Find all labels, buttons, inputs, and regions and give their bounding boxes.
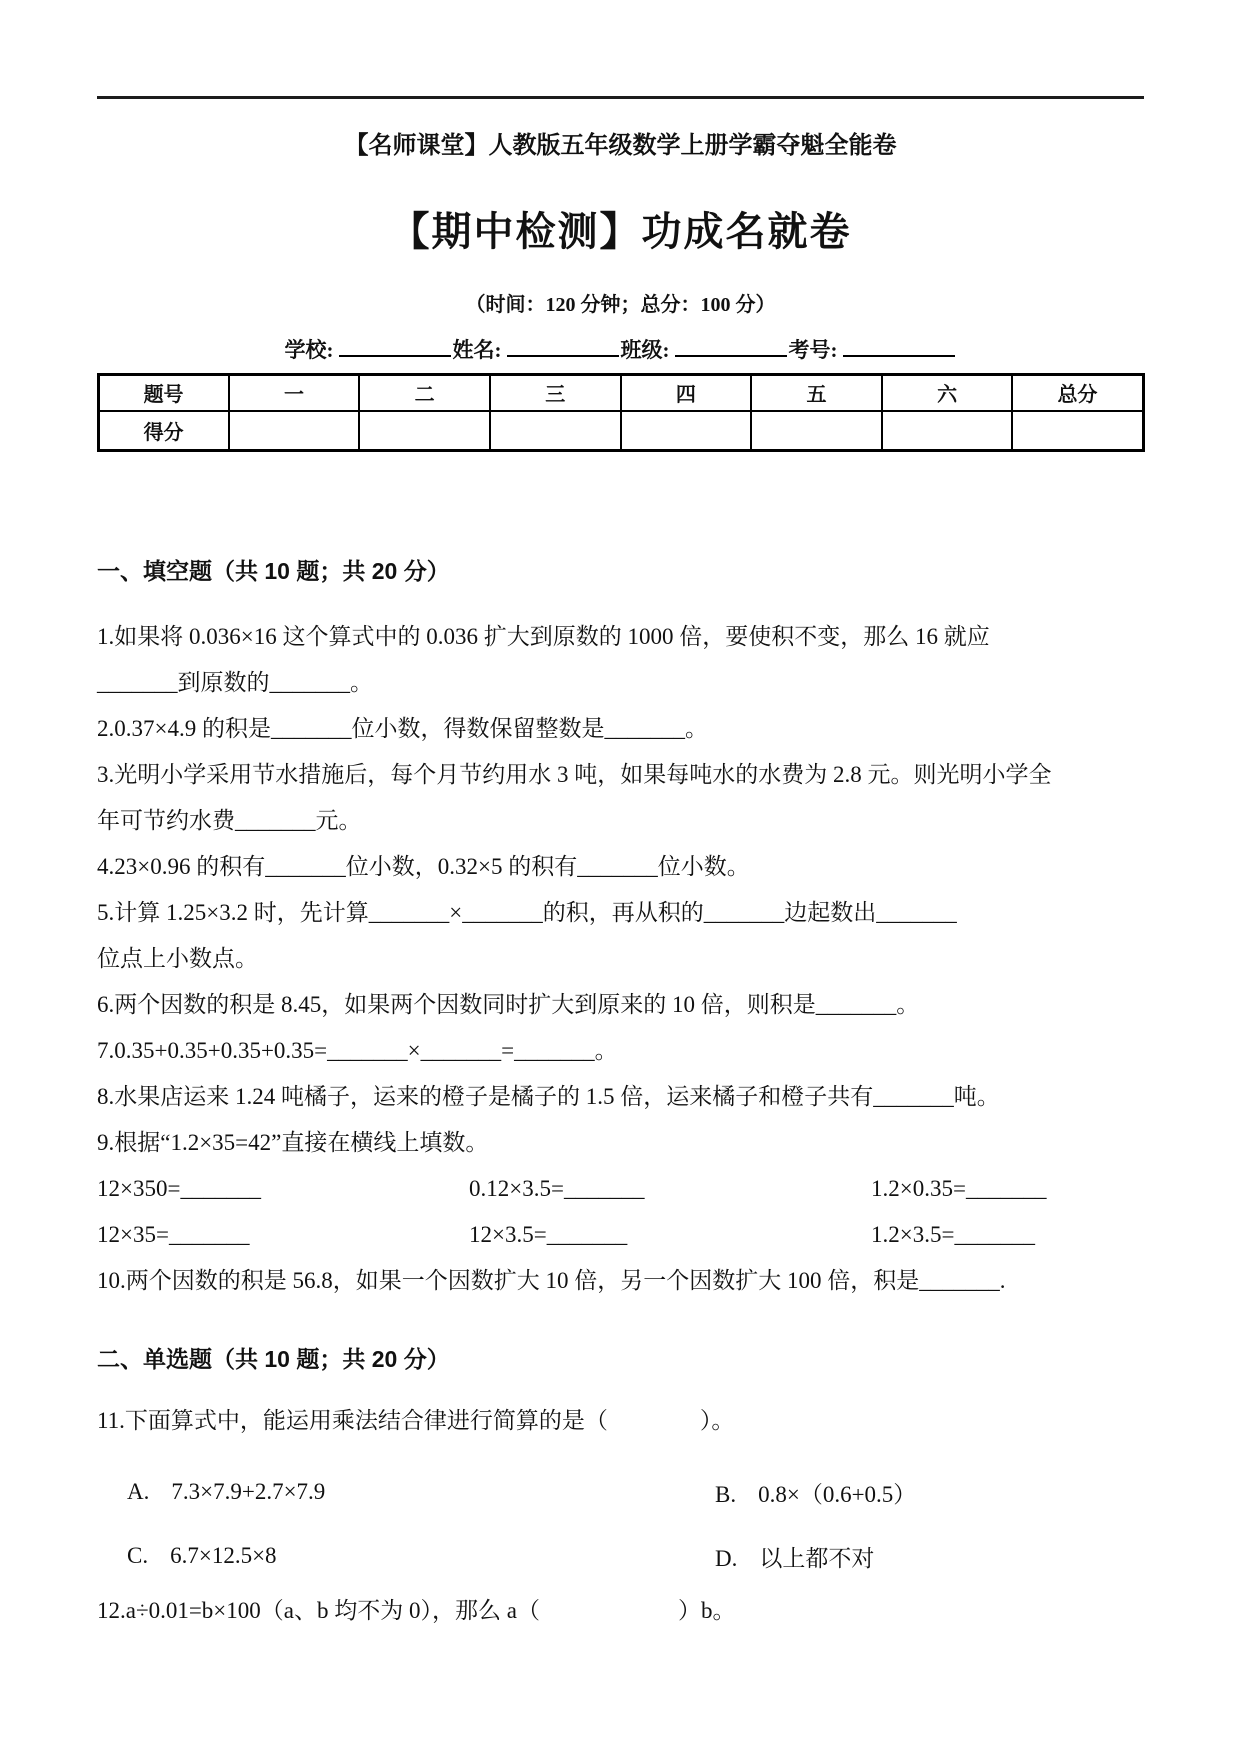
question-9-fill-row-2: 12×35=_______ 12×3.5=_______ 1.2×3.5=___… [97,1212,1145,1258]
score-table: 题号 一 二 三 四 五 六 总分 得分 [97,373,1145,452]
exam-number-field: 考号: [789,335,957,365]
score-table-header-cell: 一 [229,375,360,411]
option-d-label: D. [715,1546,737,1571]
section-one-heading: 一、填空题（共 10 题；共 20 分） [97,556,1144,586]
score-table-header-cell: 二 [359,375,490,411]
school-blank [339,343,451,357]
score-table-header-cell: 三 [490,375,621,411]
score-cell-empty [229,411,360,451]
class-field: 班级: [621,335,789,365]
score-cell-empty [882,411,1013,451]
school-label: 学校: [285,338,334,362]
student-info-line: 学校: 姓名: 班级: 考号: [0,335,1241,365]
exam-number-label: 考号: [789,338,838,362]
fill-in-blank-questions: 1.如果将 0.036×16 这个算式中的 0.036 扩大到原数的 1000 … [97,614,1145,1304]
score-cell-empty [621,411,752,451]
fill-item: 12×350=_______ [97,1166,469,1212]
time-score-meta: （时间：120 分钟；总分：100 分） [0,292,1241,319]
question-7: 7.0.35+0.35+0.35+0.35=_______×_______=__… [97,1028,1145,1074]
name-label: 姓名: [453,338,502,362]
option-a-label: A. [127,1479,149,1504]
score-row-label: 得分 [98,411,229,451]
exam-title: 【期中检测】功成名就卷 [0,208,1241,256]
question-5-line-2: 位点上小数点。 [97,936,1145,982]
option-c-label: C. [127,1543,148,1568]
option-d: D.以上都不对 [715,1540,1145,1573]
option-d-text: 以上都不对 [759,1546,874,1571]
fill-item: 0.12×3.5=_______ [469,1166,871,1212]
question-6: 6.两个因数的积是 8.45，如果两个因数同时扩大到原来的 10 倍，则积是__… [97,982,1145,1028]
question-3-line-1: 3.光明小学采用节水措施后，每个月节约用水 3 吨，如果每吨水的水费为 2.8 … [97,752,1145,798]
score-cell-empty [359,411,490,451]
score-cell-empty [1012,411,1143,451]
question-9: 9.根据“1.2×35=42”直接在横线上填数。 [97,1120,1145,1166]
section-fill-in-blanks: 一、填空题（共 10 题；共 20 分） [97,556,1144,586]
score-table-header-row: 题号 一 二 三 四 五 六 总分 [98,375,1143,411]
question-10: 10.两个因数的积是 56.8，如果一个因数扩大 10 倍，另一个因数扩大 10… [97,1258,1145,1304]
class-blank [675,343,787,357]
option-b: B.0.8×（0.6+0.5） [715,1476,1145,1509]
section-multiple-choice: 二、单选题（共 10 题；共 20 分） [97,1344,1144,1374]
score-table-score-row: 得分 [98,411,1143,451]
name-blank [507,343,619,357]
option-a-text: 7.3×7.9+2.7×7.9 [171,1479,325,1504]
fill-item: 1.2×0.35=_______ [871,1166,1145,1212]
question-11-options: A.7.3×7.9+2.7×7.9 B.0.8×（0.6+0.5） C.6.7×… [97,1460,1145,1588]
school-field: 学校: [285,335,453,365]
question-3-line-2: 年可节约水费_______元。 [97,798,1145,844]
section-two-heading: 二、单选题（共 10 题；共 20 分） [97,1344,1144,1374]
question-1-line-1: 1.如果将 0.036×16 这个算式中的 0.036 扩大到原数的 1000 … [97,614,1145,660]
multiple-choice-questions: 11.下面算式中，能运用乘法结合律进行简算的是（ ）。 A.7.3×7.9+2.… [97,1398,1145,1634]
question-12: 12.a÷0.01=b×100（a、b 均不为 0），那么 a（ ）b。 [97,1588,1145,1634]
option-c: C.6.7×12.5×8 [127,1543,715,1569]
score-cell-empty [751,411,882,451]
exam-number-blank [843,343,955,357]
option-b-label: B. [715,1482,736,1507]
score-table-header-cell: 总分 [1012,375,1143,411]
question-2: 2.0.37×4.9 的积是_______位小数，得数保留整数是_______。 [97,706,1145,752]
option-b-text: 0.8×（0.6+0.5） [758,1482,916,1507]
fill-item: 1.2×3.5=_______ [871,1212,1145,1258]
score-cell-empty [490,411,621,451]
option-a: A.7.3×7.9+2.7×7.9 [127,1479,715,1505]
question-9-fill-row-1: 12×350=_______ 0.12×3.5=_______ 1.2×0.35… [97,1166,1145,1212]
score-table-header-cell: 六 [882,375,1013,411]
score-table-header-cell: 题号 [98,375,229,411]
score-table-header-cell: 四 [621,375,752,411]
class-label: 班级: [621,338,670,362]
fill-item: 12×35=_______ [97,1212,469,1258]
question-5-line-1: 5.计算 1.25×3.2 时，先计算_______×_______的积，再从积… [97,890,1145,936]
question-8: 8.水果店运来 1.24 吨橘子，运来的橙子是橘子的 1.5 倍，运来橘子和橙子… [97,1074,1145,1120]
option-c-text: 6.7×12.5×8 [170,1543,276,1568]
question-11: 11.下面算式中，能运用乘法结合律进行简算的是（ ）。 [97,1398,1145,1444]
exam-paper-page: 【名师课堂】人教版五年级数学上册学霸夺魁全能卷 【期中检测】功成名就卷 （时间：… [0,0,1241,1754]
question-1-line-2: _______到原数的_______。 [97,660,1145,706]
fill-item: 12×3.5=_______ [469,1212,871,1258]
name-field: 姓名: [453,335,621,365]
question-4: 4.23×0.96 的积有_______位小数，0.32×5 的积有______… [97,844,1145,890]
header-divider [97,96,1144,99]
series-title: 【名师课堂】人教版五年级数学上册学霸夺魁全能卷 [0,129,1241,163]
score-table-header-cell: 五 [751,375,882,411]
